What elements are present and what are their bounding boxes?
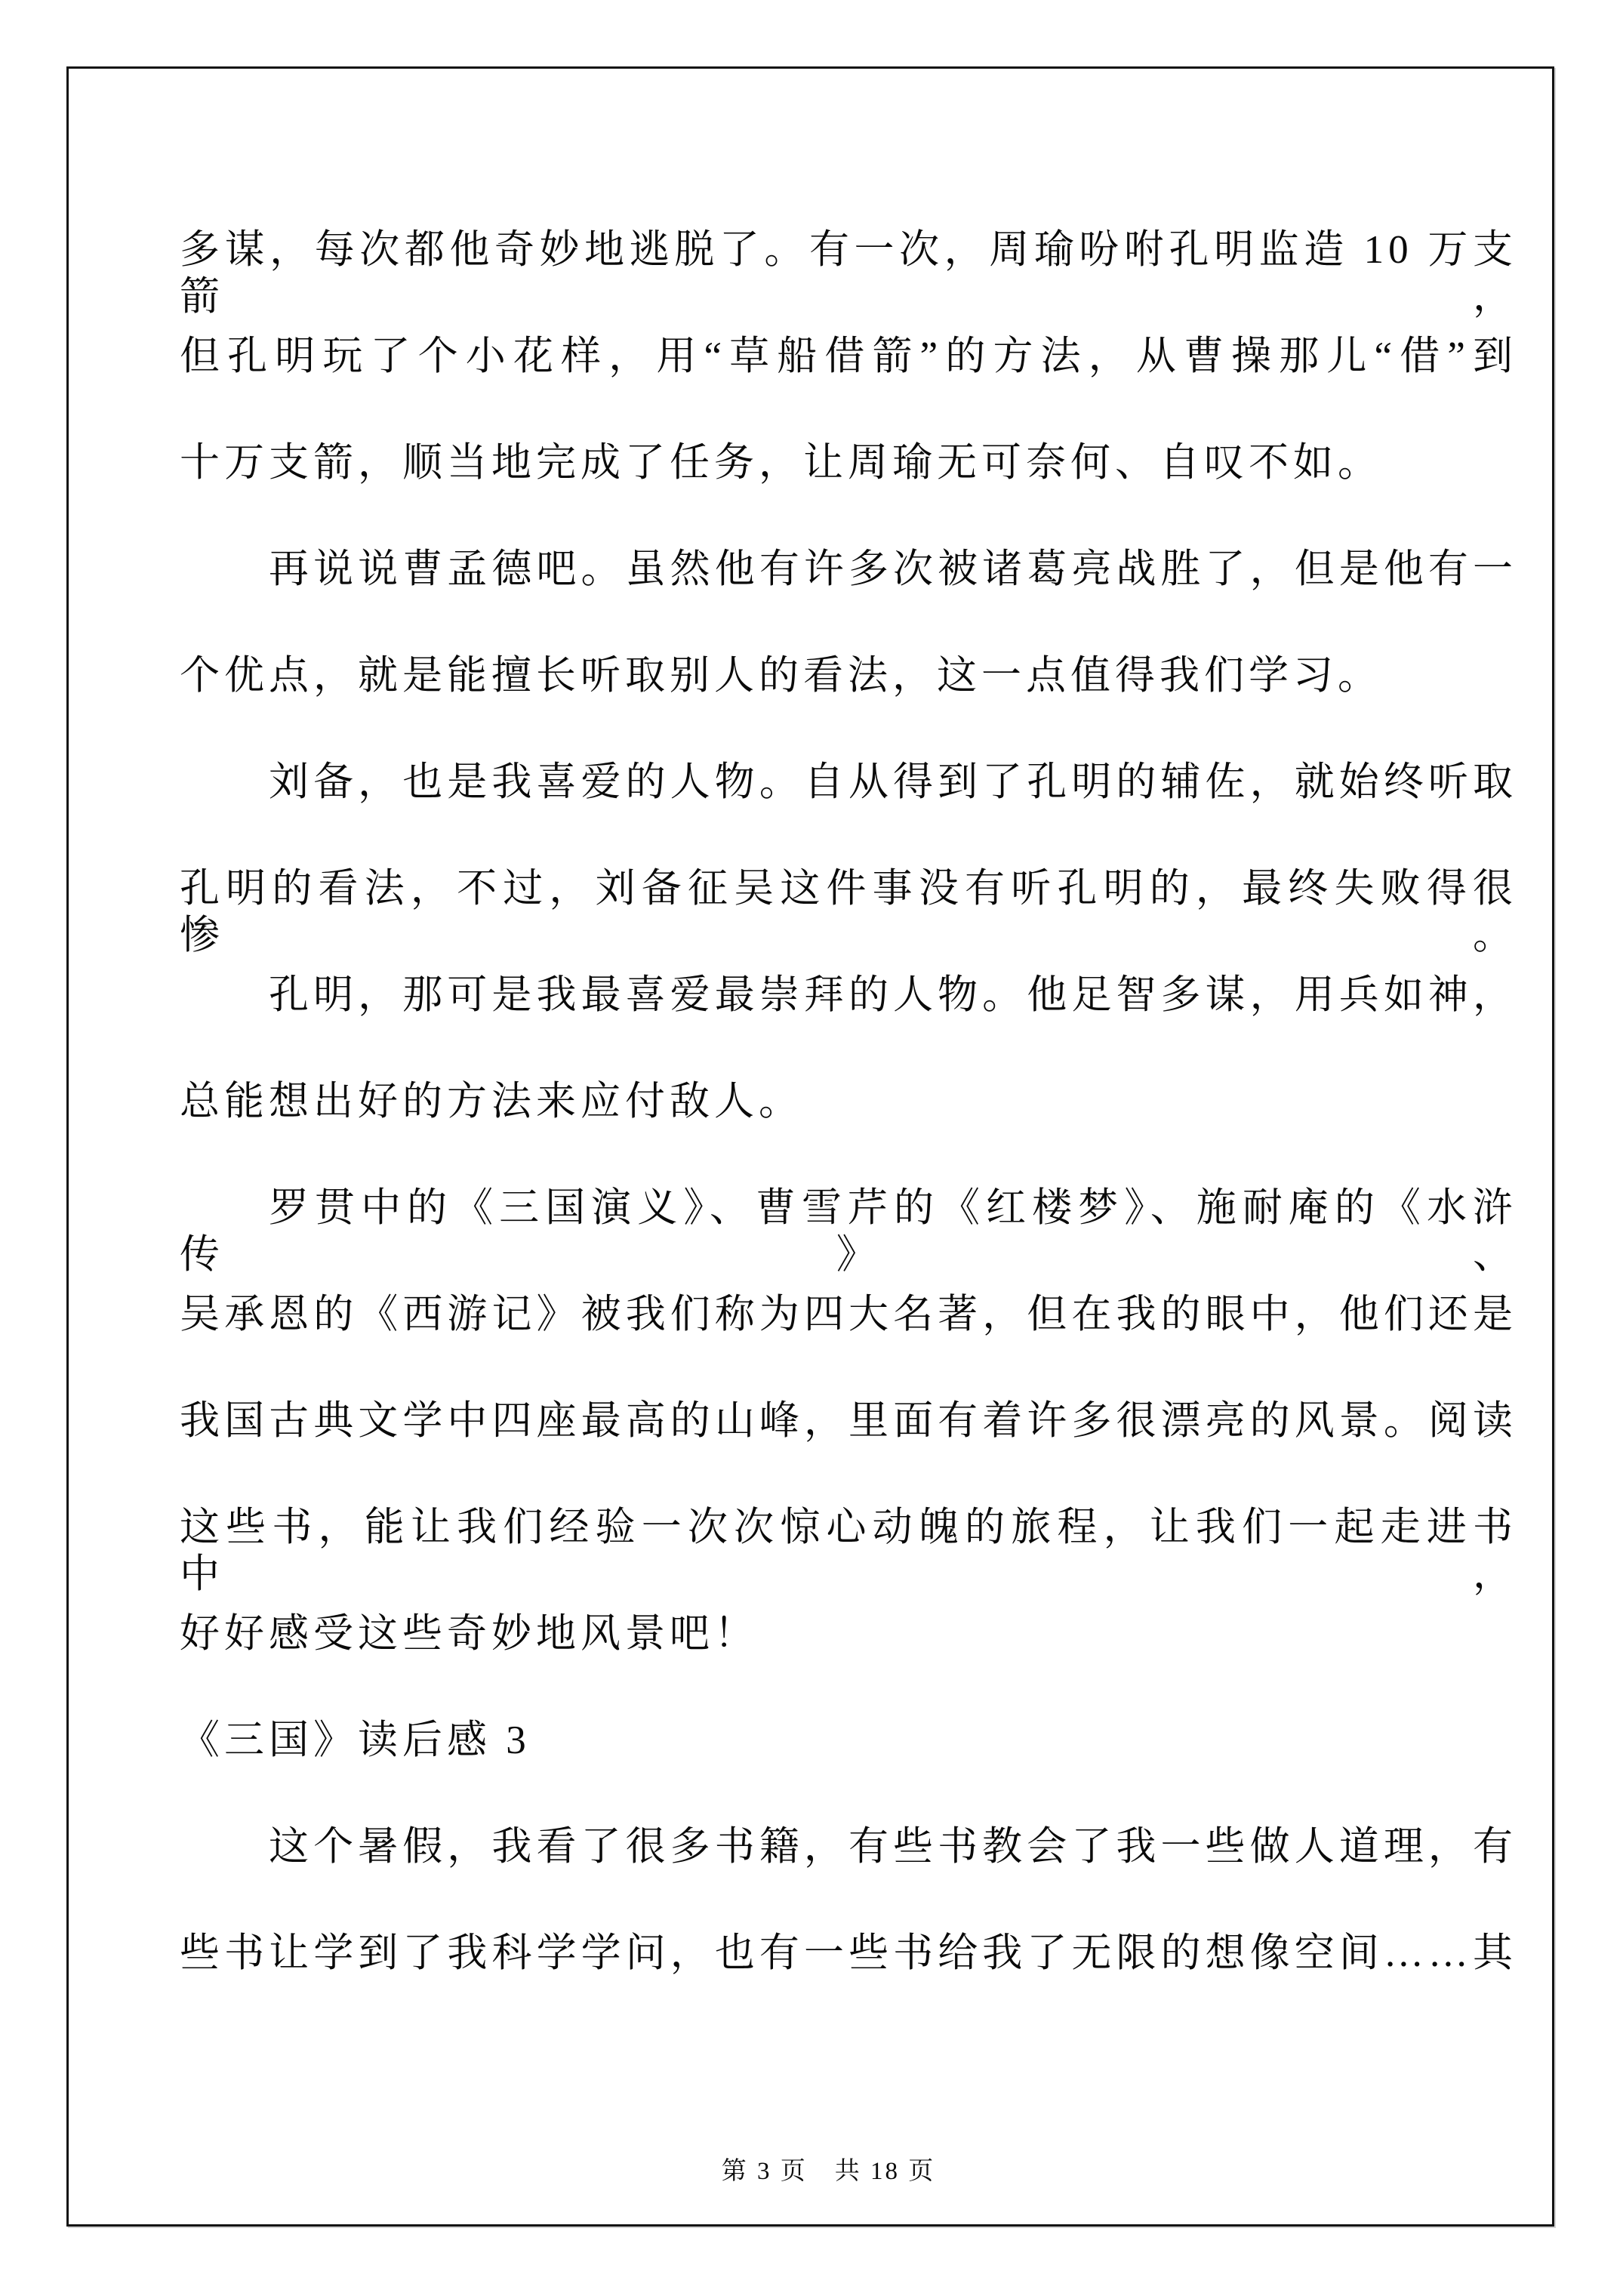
- text-line: 孔明的看法，不过，刘备征吴这件事没有听孔明的，最终失败得很惨。: [180, 865, 1517, 972]
- text-line: 个优点，就是能擅长听取别人的看法，这一点值得我们学习。: [180, 652, 1517, 759]
- page-footer: 第 3 页 共 18 页: [0, 2123, 1623, 2214]
- text-line: 好好感受这些奇妙地风景吧！: [180, 1610, 1517, 1717]
- document-page: 多谋，每次都他奇妙地逃脱了。有一次，周瑜吩咐孔明监造 10 万支箭， 但孔明玩了…: [0, 0, 1623, 2296]
- text-line: 刘备，也是我喜爱的人物。自从得到了孔明的辅佐，就始终听取: [180, 759, 1517, 865]
- section-heading: 《三国》读后感 3: [180, 1717, 1517, 1823]
- text-line: 再说说曹孟德吧。虽然他有许多次被诸葛亮战胜了，但是他有一: [180, 546, 1517, 652]
- text-line: 这些书，能让我们经验一次次惊心动魄的旅程，让我们一起走进书中，: [180, 1504, 1517, 1610]
- text-line: 吴承恩的《西游记》被我们称为四大名著，但在我的眼中，他们还是: [180, 1291, 1517, 1398]
- text-line: 我国古典文学中四座最高的山峰，里面有着许多很漂亮的风景。阅读: [180, 1398, 1517, 1504]
- text-line: 孔明，那可是我最喜爱最崇拜的人物。他足智多谋，用兵如神，: [180, 972, 1517, 1078]
- text-line: 多谋，每次都他奇妙地逃脱了。有一次，周瑜吩咐孔明监造 10 万支箭，: [180, 227, 1517, 333]
- page-number: 第 3 页 共 18 页: [722, 2158, 936, 2185]
- text-line: 这个暑假，我看了很多书籍，有些书教会了我一些做人道理，有: [180, 1823, 1517, 1930]
- text-line: 些书让学到了我科学学问，也有一些书给我了无限的想像空间……其: [180, 1930, 1517, 2036]
- text-line: 总能想出好的方法来应付敌人。: [180, 1078, 1517, 1185]
- document-body: 多谋，每次都他奇妙地逃脱了。有一次，周瑜吩咐孔明监造 10 万支箭， 但孔明玩了…: [180, 227, 1517, 2036]
- text-line: 但孔明玩了个小花样，用“草船借箭”的方法，从曹操那儿“借”到: [180, 333, 1517, 439]
- text-line: 罗贯中的《三国演义》、曹雪芹的《红楼梦》、施耐庵的《水浒传》、: [180, 1185, 1517, 1291]
- text-line: 十万支箭，顺当地完成了任务，让周瑜无可奈何、自叹不如。: [180, 439, 1517, 546]
